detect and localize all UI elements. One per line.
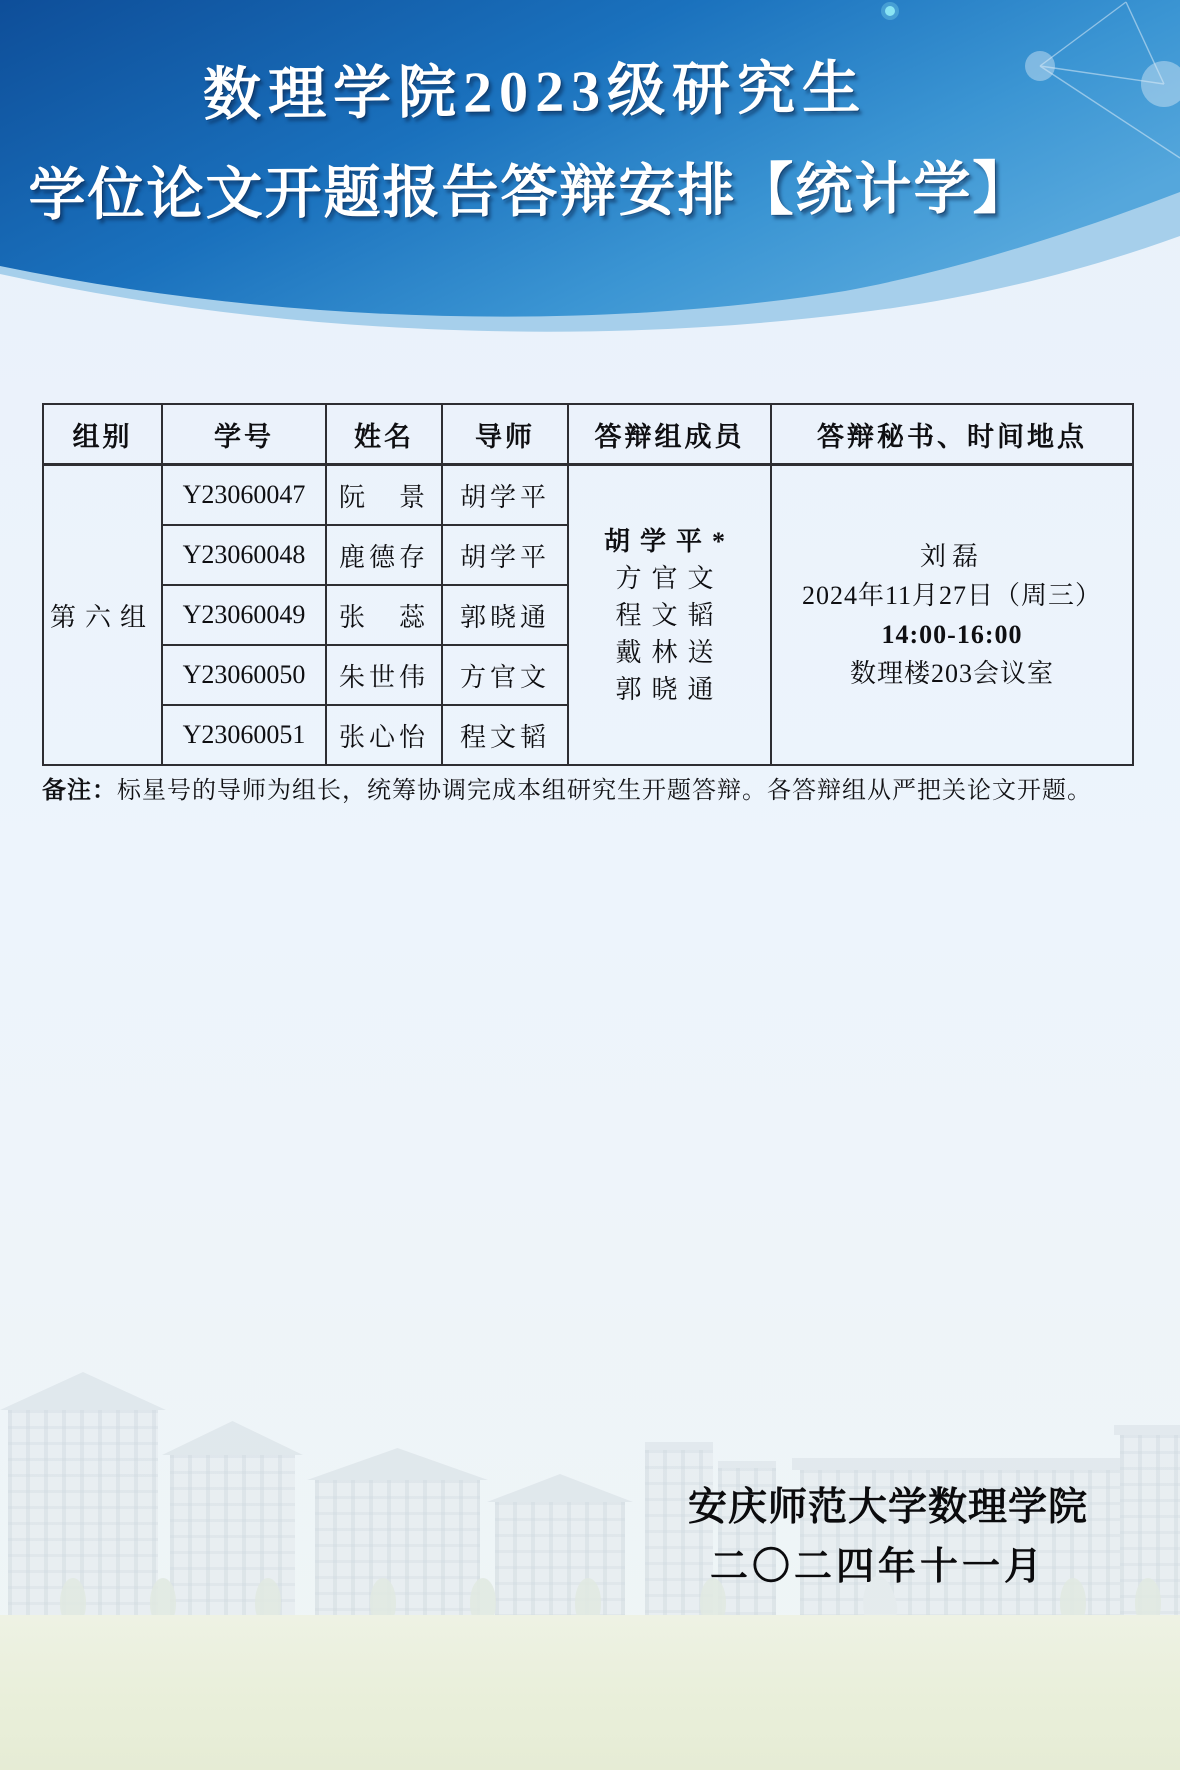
poster-page: 数理学院2023级研究生 学位论文开题报告答辩安排【统计学】 组别 学号 姓名 …: [0, 0, 1180, 1770]
campus-roof: [1114, 1425, 1180, 1435]
note-text: 标星号的导师为组长，统筹协调完成本组研究生开题答辩。各答辩组从严把关论文开题。: [117, 778, 1092, 804]
campus-building: [495, 1502, 625, 1620]
secretary-name: 刘磊: [772, 537, 1132, 576]
committee-member: 方官文: [569, 560, 770, 597]
table-row: 第六组 Y23060047 阮 景 胡学平 胡学平* 方官文 程文韬 戴林送 郭…: [43, 465, 1133, 526]
campus-roof: [645, 1442, 713, 1450]
cell-advisor: 郭晓通: [442, 585, 568, 645]
header-committee: 答辩组成员: [568, 404, 771, 465]
defense-date: 2024年11月27日（周三）: [772, 576, 1132, 615]
cell-student-id: Y23060047: [162, 465, 326, 526]
note: 备注：标星号的导师为组长，统筹协调完成本组研究生开题答辩。各答辩组从严把关论文开…: [42, 774, 1152, 808]
cell-student-id: Y23060049: [162, 585, 326, 645]
table-header-row: 组别 学号 姓名 导师 答辩组成员 答辩秘书、时间地点: [43, 404, 1133, 465]
header-secretary: 答辩秘书、时间地点: [771, 404, 1133, 465]
cell-student-name: 鹿德存: [326, 525, 442, 585]
cell-secretary-time-place: 刘磊 2024年11月27日（周三） 14:00-16:00 数理楼203会议室: [771, 465, 1133, 766]
cell-student-name: 张 蕊: [326, 585, 442, 645]
defense-location: 数理楼203会议室: [772, 654, 1132, 693]
bright-dot-icon: [885, 6, 895, 16]
footer-date: 二〇二四年十一月: [710, 1535, 1046, 1590]
note-label: 备注：: [42, 778, 117, 804]
cell-advisor: 胡学平: [442, 525, 568, 585]
campus-roof: [718, 1461, 776, 1468]
committee-member: 戴林送: [569, 634, 770, 671]
header-group: 组别: [43, 404, 162, 465]
title-line-2: 学位论文开题报告答辩安排【统计学】: [0, 142, 1120, 232]
committee-member: 郭晓通: [569, 671, 770, 708]
poster-title: 数理学院2023级研究生 学位论文开题报告答辩安排【统计学】: [0, 44, 1180, 228]
cell-student-id: Y23060048: [162, 525, 326, 585]
cell-committee: 胡学平* 方官文 程文韬 戴林送 郭晓通: [568, 465, 771, 766]
header-name: 姓名: [326, 404, 442, 465]
campus-building: [315, 1480, 480, 1620]
campus-roof: [487, 1474, 633, 1502]
cell-group-label: 第六组: [43, 465, 162, 766]
cell-student-id: Y23060051: [162, 705, 326, 765]
committee-leader: 胡学平*: [569, 523, 770, 560]
cell-student-name: 阮 景: [326, 465, 442, 526]
schedule-table: 组别 学号 姓名 导师 答辩组成员 答辩秘书、时间地点 第六组 Y2306004…: [42, 403, 1134, 766]
header-advisor: 导师: [442, 404, 568, 465]
title-line-1: 数理学院2023级研究生: [0, 38, 1125, 134]
committee-member: 程文韬: [569, 597, 770, 634]
defense-time: 14:00-16:00: [772, 615, 1132, 654]
campus-roof: [307, 1448, 488, 1480]
cell-advisor: 胡学平: [442, 465, 568, 526]
header-id: 学号: [162, 404, 326, 465]
campus-roof: [0, 1372, 166, 1410]
campus-roof: [162, 1421, 303, 1455]
campus-roof: [792, 1458, 1168, 1470]
cell-student-name: 朱世伟: [326, 645, 442, 705]
cell-advisor: 程文韬: [442, 705, 568, 765]
cell-student-name: 张心怡: [326, 705, 442, 765]
campus-grass: [0, 1615, 1180, 1770]
footer-organization: 安庆师范大学数理学院: [688, 1476, 1088, 1532]
cell-advisor: 方官文: [442, 645, 568, 705]
cell-student-id: Y23060050: [162, 645, 326, 705]
